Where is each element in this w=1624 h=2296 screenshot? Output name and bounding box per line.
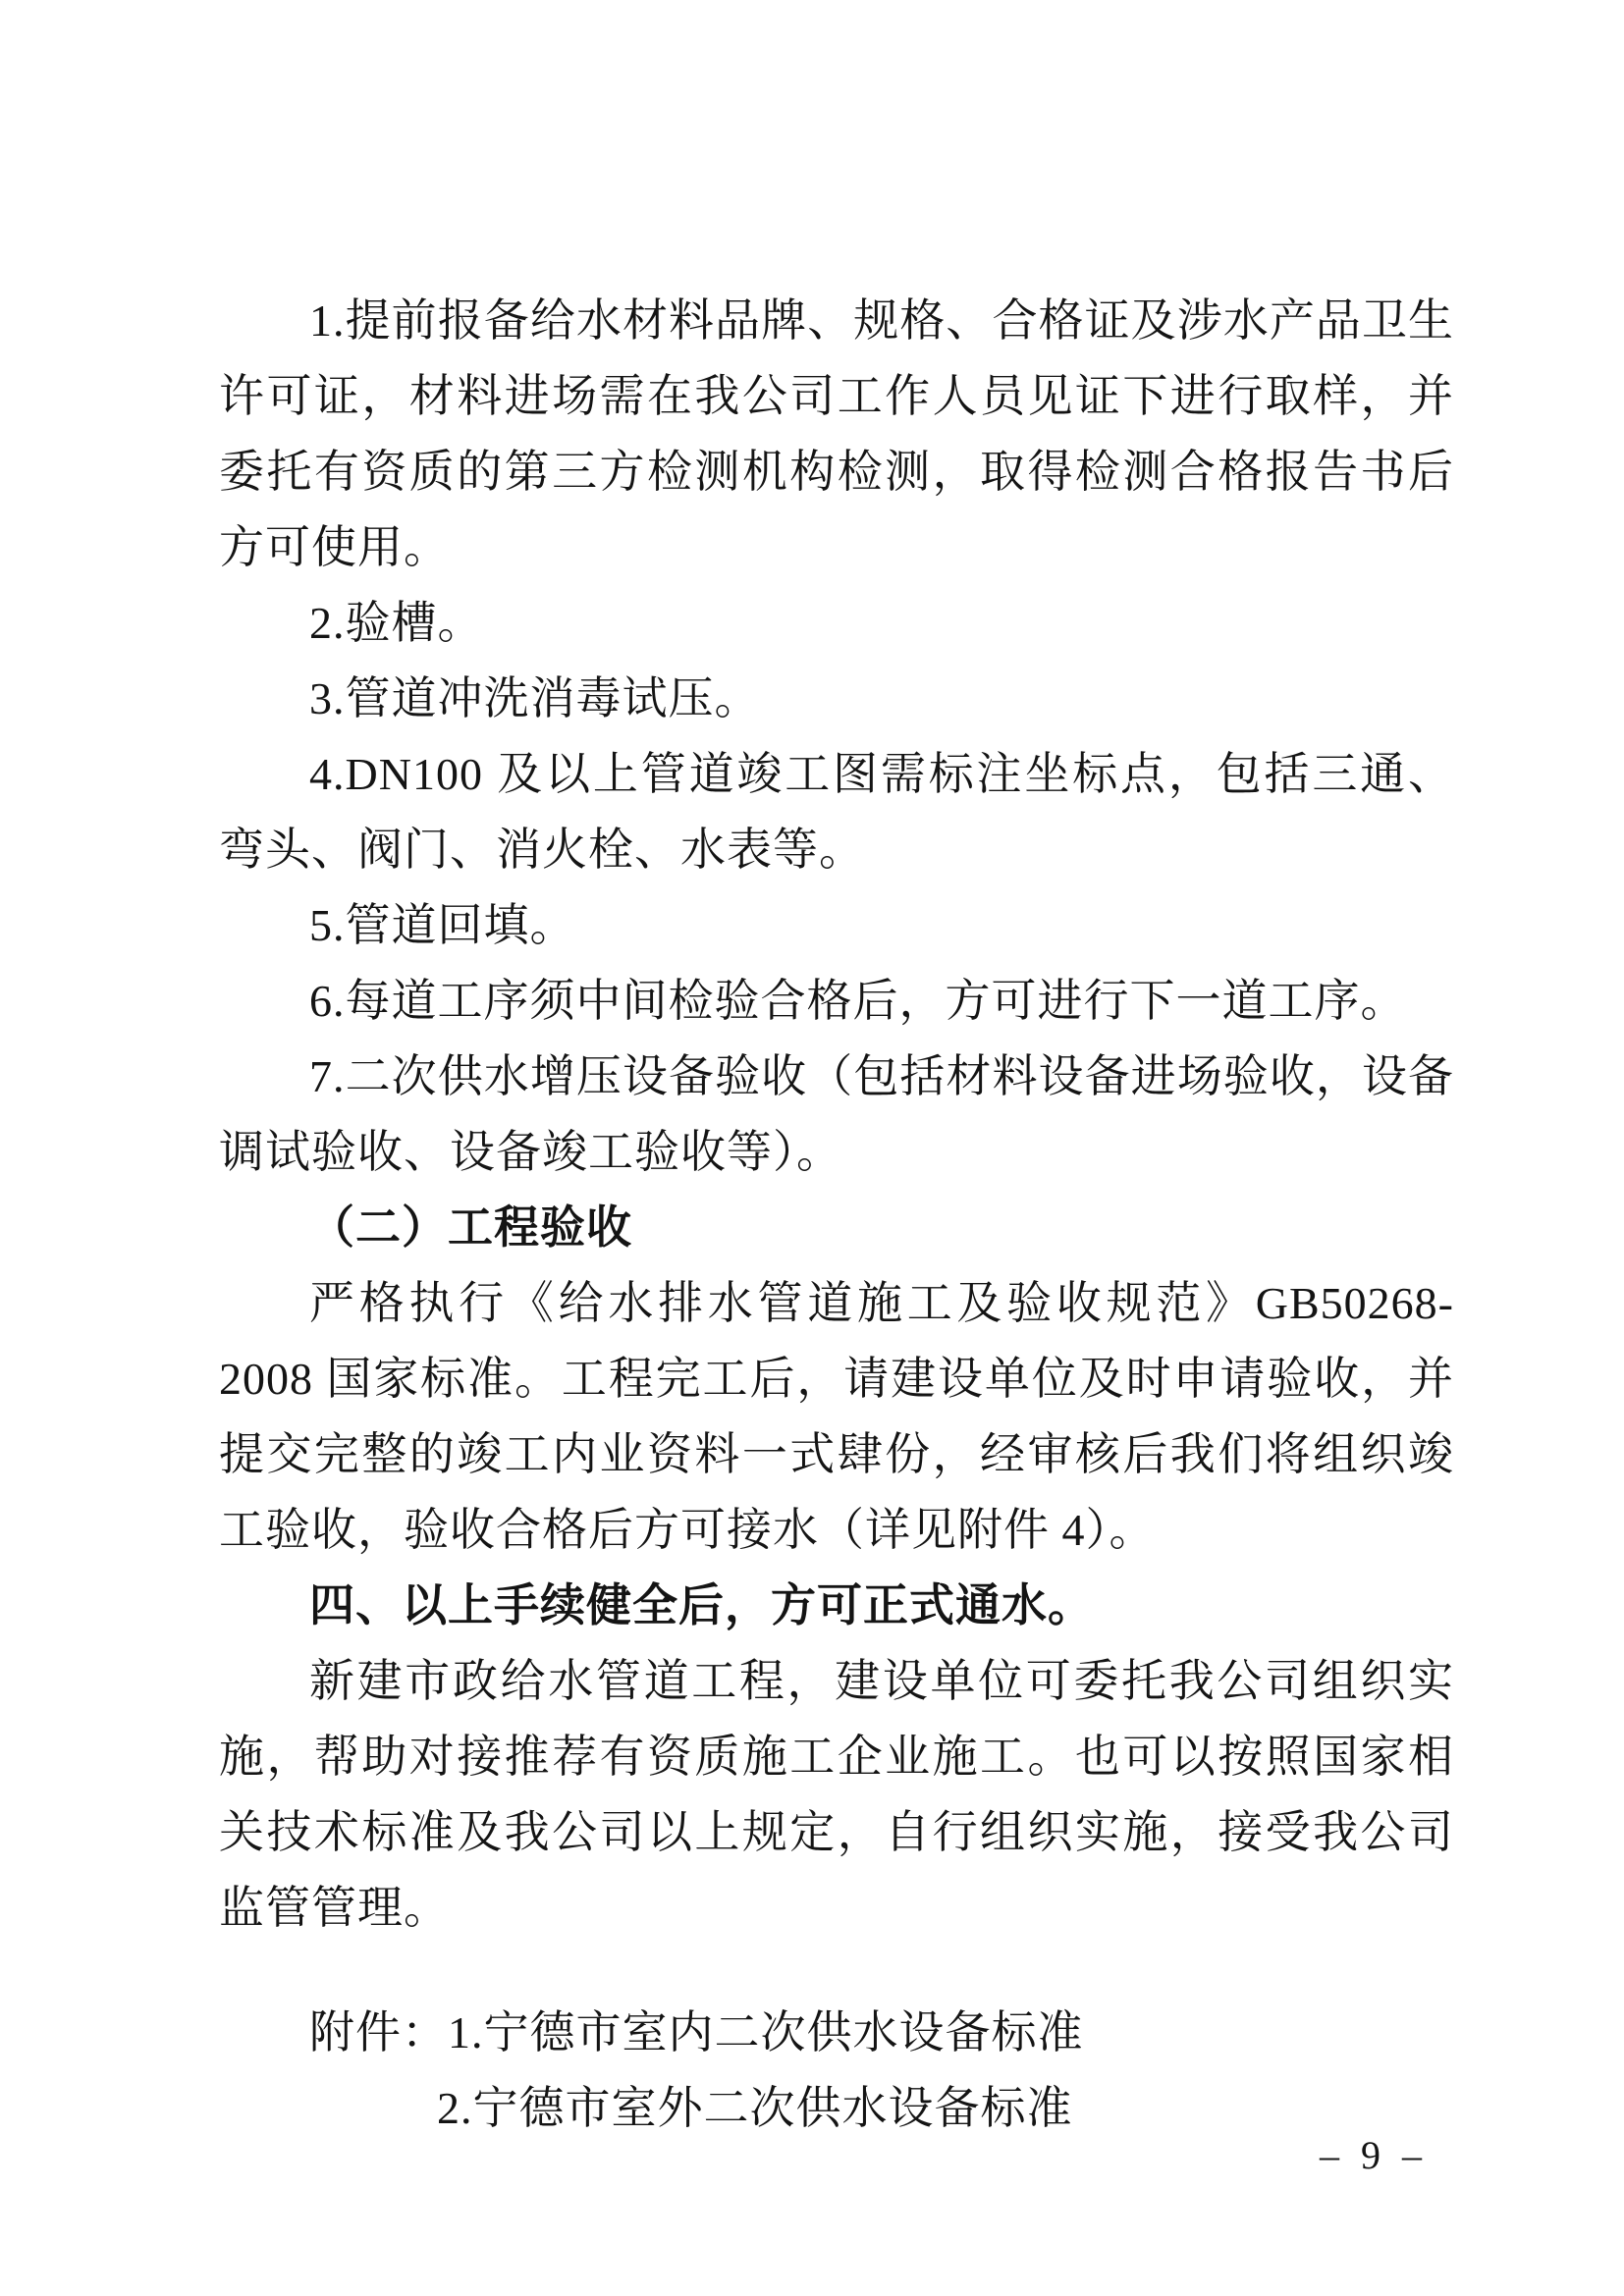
- attachment-block: 附件：1.宁德市室内二次供水设备标准 2.宁德市室外二次供水设备标准: [219, 1995, 1454, 2146]
- paragraph: 严格执行《给水排水管道施工及验收规范》GB50268-2008 国家标准。工程完…: [219, 1265, 1454, 1568]
- section-heading: （二）工程验收: [219, 1190, 1454, 1265]
- paragraph-list: 1.提前报备给水材料品牌、规格、合格证及涉水产品卫生许可证，材料进场需在我公司工…: [219, 283, 1454, 1946]
- paragraph: 2.验槽。: [219, 585, 1454, 661]
- document-page: 1.提前报备给水材料品牌、规格、合格证及涉水产品卫生许可证，材料进场需在我公司工…: [0, 0, 1624, 2296]
- paragraph: 6.每道工序须中间检验合格后，方可进行下一道工序。: [219, 963, 1454, 1039]
- section-heading: 四、以上手续健全后，方可正式通水。: [219, 1568, 1454, 1643]
- paragraph: 1.提前报备给水材料品牌、规格、合格证及涉水产品卫生许可证，材料进场需在我公司工…: [219, 283, 1454, 585]
- document-body: 1.提前报备给水材料品牌、规格、合格证及涉水产品卫生许可证，材料进场需在我公司工…: [219, 283, 1454, 2146]
- attachment-label: 附件：: [309, 2007, 448, 2057]
- paragraph: 7.二次供水增压设备验收（包括材料设备进场验收，设备调试验收、设备竣工验收等）。: [219, 1039, 1454, 1190]
- attachment-item: 1.宁德市室内二次供水设备标准: [448, 2007, 1084, 2057]
- attachment-line: 附件：1.宁德市室内二次供水设备标准: [309, 1995, 1454, 2070]
- paragraph: 3.管道冲洗消毒试压。: [219, 661, 1454, 736]
- paragraph: 新建市政给水管道工程，建设单位可委托我公司组织实施，帮助对接推荐有资质施工企业施…: [219, 1643, 1454, 1946]
- page-number: – 9 –: [1320, 2132, 1428, 2178]
- paragraph: 5.管道回填。: [219, 887, 1454, 963]
- paragraph: 4.DN100 及以上管道竣工图需标注坐标点，包括三通、弯头、阀门、消火栓、水表…: [219, 736, 1454, 887]
- attachment-item: 2.宁德市室外二次供水设备标准: [437, 2070, 1454, 2146]
